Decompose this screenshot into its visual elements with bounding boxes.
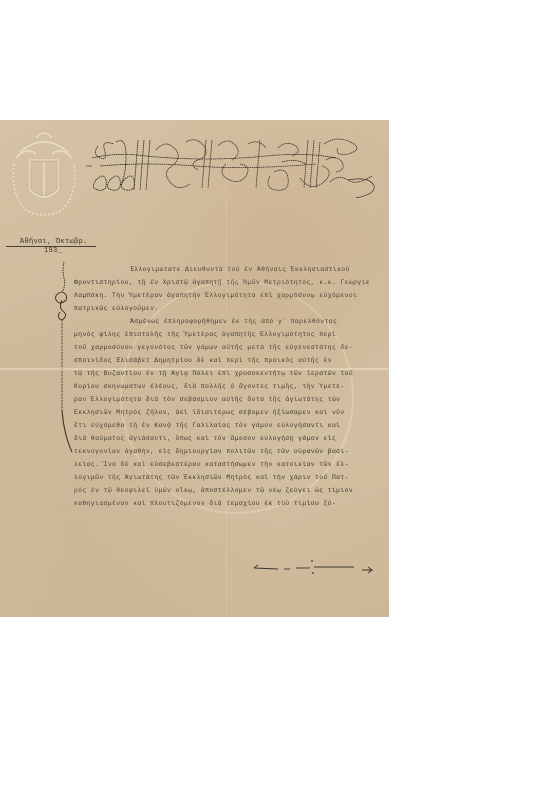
- body-line: ἔτι εὐχόμεθα τῇ ἐν Κανᾷ τῆς Γαλιλαίας τὸ…: [74, 419, 374, 432]
- body-line: τεκνογονίαν ἀγαθήν, εἰς δημιουργίαν πολι…: [74, 445, 374, 458]
- place-label: Ἀθῆναι, Ὁκτωβρ.: [6, 238, 96, 247]
- continuation-arrow-mark-icon: [250, 556, 380, 576]
- body-line: μηνὸς φίλης ἐπιστολῆς τῆς Ὑμετέρας ἀγαπη…: [74, 328, 374, 341]
- horizontal-fold-crease: [0, 368, 389, 370]
- body-line: διὰ θαύματος ἀγιάσαντι, ὅπως καὶ τὸν ἄμε…: [74, 432, 374, 445]
- body-line: Ἑλλογιμώτατε Διευθυντὰ τοῦ ἐν Ἀθήναις Ἐκ…: [74, 263, 374, 276]
- body-line: Κυρίου σκηνωμάτων ἐλέους, διὰ πολλῆς ὁ ἄ…: [74, 380, 374, 393]
- body-line: σποινίδος Ἑλισάβετ Δημητρίου δὲ καὶ περὶ…: [74, 354, 374, 367]
- body-line: καθηγιασμένον καὶ πλουτιζόμενον διὰ τεμα…: [74, 497, 374, 510]
- embossed-coat-of-arms-icon: [6, 124, 82, 222]
- body-line: πατρικῶς εὐλογοῦμεν.: [74, 302, 374, 315]
- body-line: τοῦ χαρμοσύνου γεγονότος τῶν γάμων αὐτῆς…: [74, 341, 374, 354]
- body-line: ρὸς ἐν τῷ θεοφιλεῖ ὑμῶν οἴκῳ, ἀποστέλλομ…: [74, 484, 374, 497]
- letter-paper: Ἀθῆναι, Ὁκτωβρ. 193_ Ἑλλογιμώτατε Διευθυ…: [0, 120, 389, 617]
- body-line: ραν Ἐλλογιμότητα διὰ τὸν σεβάσμιον αὐτῆς…: [74, 393, 374, 406]
- body-line: Λαμπάκη. Τὴν Ὑμετέραν ἀγαπητὴν Ἐλλογιμότ…: [74, 289, 374, 302]
- body-line: Ἐκκλησιῶν Μητρὸς ζῆλον, ἀεὶ ἰδιαιτέρως σ…: [74, 406, 374, 419]
- body-line: λείας. Ἵνα δὲ καὶ εὐσεβεστέραν καταστήσω…: [74, 458, 374, 471]
- letter-body: Ἑλλογιμώτατε Διευθυντὰ τοῦ ἐν Ἀθήναις Ἐκ…: [74, 263, 374, 510]
- body-line: Φροντιστηρίου, τῇ ἐν Χριστῷ ἀγαπητῇ τῆς …: [74, 276, 374, 289]
- place-and-date: Ἀθῆναι, Ὁκτωβρ. 193_: [6, 238, 96, 255]
- calligraphic-monogram-letterhead: [86, 136, 376, 198]
- body-line: Ἀσμένως ἐπληροφορήθημεν ἐκ τῆς ἀπὸ γ΄ πα…: [74, 315, 374, 328]
- body-line: λογιμῶν τῆς Ἀγιωτάτης τῶν Ἐκκλησιῶν Μητρ…: [74, 471, 374, 484]
- year-label: 193_: [6, 247, 96, 255]
